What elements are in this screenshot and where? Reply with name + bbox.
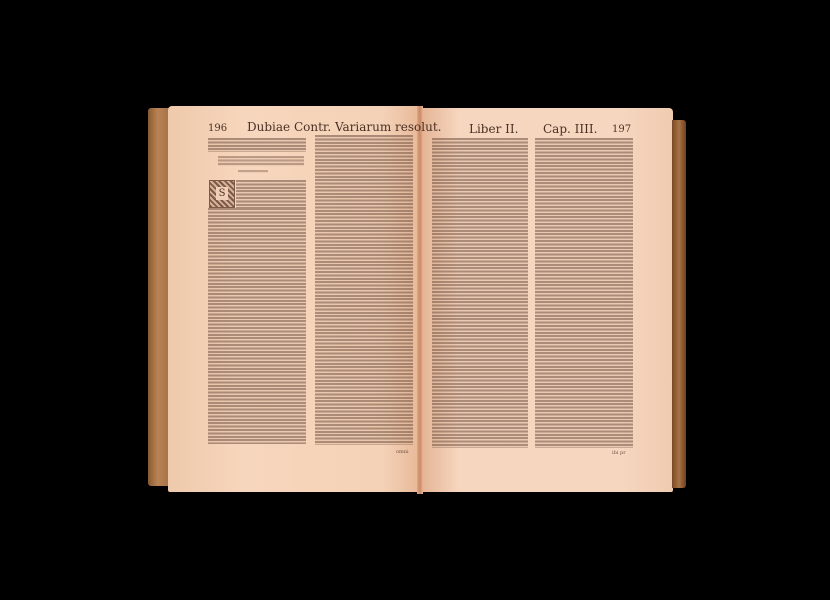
right-catchword: ibi pr bbox=[612, 450, 626, 456]
initial-letter: S bbox=[216, 187, 228, 200]
left-intro-text bbox=[208, 138, 306, 152]
right-col2-text bbox=[535, 138, 633, 448]
right-page-number: 197 bbox=[612, 124, 631, 135]
right-col1-text bbox=[432, 138, 528, 448]
right-running-head-left: Liber II. bbox=[469, 122, 518, 136]
left-page-number: 196 bbox=[208, 123, 227, 134]
left-catchword: omni bbox=[396, 449, 409, 455]
left-running-head: Dubiae Contr. Variarum resolut. bbox=[247, 120, 441, 134]
left-summary-text bbox=[218, 156, 304, 166]
left-col1-text bbox=[208, 208, 306, 444]
open-book: 196 Dubiae Contr. Variarum resolut. S om… bbox=[0, 0, 830, 600]
left-col2-text bbox=[315, 135, 413, 445]
left-summary-ref bbox=[238, 170, 268, 173]
right-running-head-right: Cap. IIII. bbox=[543, 122, 597, 136]
decorated-initial: S bbox=[209, 180, 235, 208]
left-col1-text-top bbox=[236, 180, 306, 208]
gutter bbox=[417, 106, 423, 494]
right-fore-edge bbox=[672, 120, 686, 488]
